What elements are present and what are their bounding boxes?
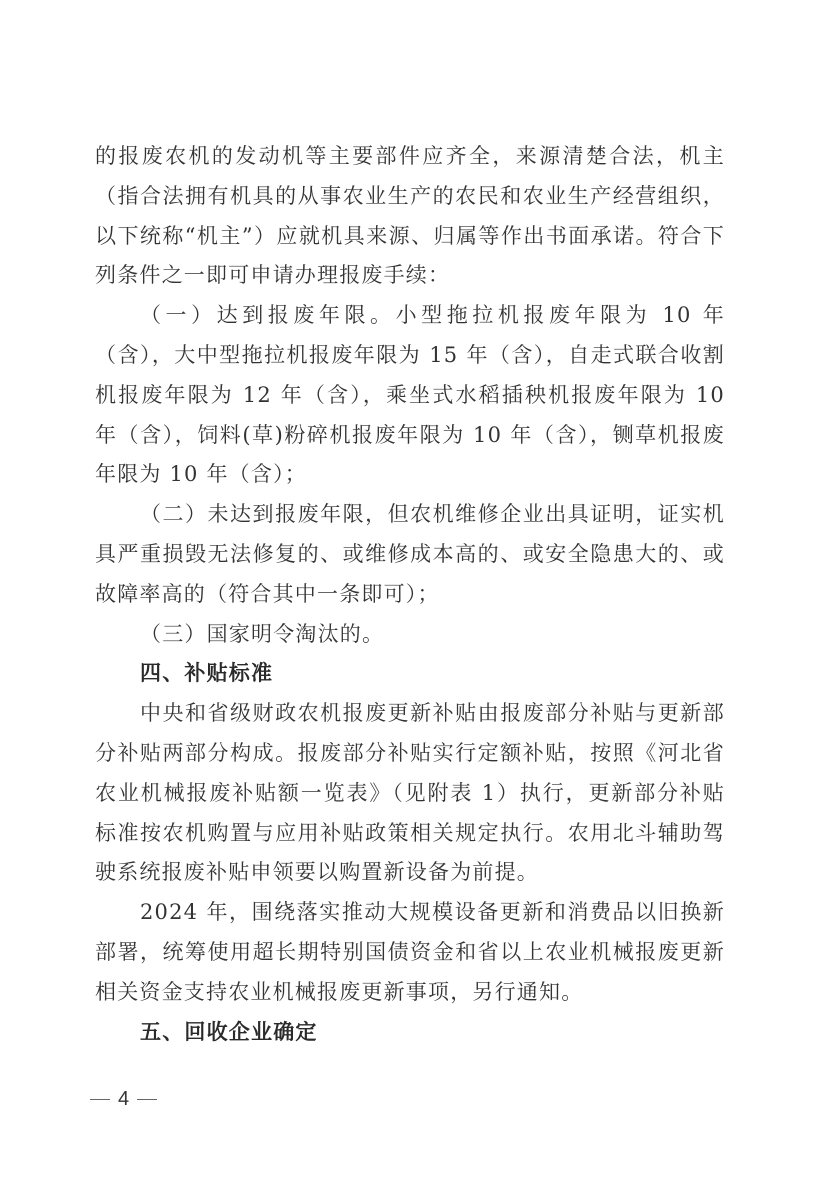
page-footer: 4 [90,1088,157,1111]
paragraph-condition-1: （一）达到报废年限。小型拖拉机报废年限为 10 年（含），大中型拖拉机报废年限为… [95,296,725,495]
paragraph-condition-3: （三）国家明令淘汰的。 [95,615,725,655]
dash-left [90,1099,110,1100]
section-heading-subsidy-standard: 四、补贴标准 [95,654,725,694]
paragraph-scrap-conditions-intro: 的报废农机的发动机等主要部件应齐全，来源清楚合法，机主（指合法拥有机具的从事农业… [95,137,725,296]
dash-right [137,1099,157,1100]
paragraph-2024-notice: 2024 年，围绕落实推动大规模设备更新和消费品以旧换新部署，统筹使用超长期特别… [95,893,725,1012]
paragraph-condition-2: （二）未达到报废年限，但农机维修企业出具证明，证实机具严重损毁无法修复的、或维修… [95,495,725,614]
document-body: 的报废农机的发动机等主要部件应齐全，来源清楚合法，机主（指合法拥有机具的从事农业… [95,137,725,1052]
section-heading-recycling-enterprise: 五、回收企业确定 [95,1013,725,1053]
page-number: 4 [118,1088,129,1111]
paragraph-subsidy-composition: 中央和省级财政农机报废更新补贴由报废部分补贴与更新部分补贴两部分构成。报废部分补… [95,694,725,893]
